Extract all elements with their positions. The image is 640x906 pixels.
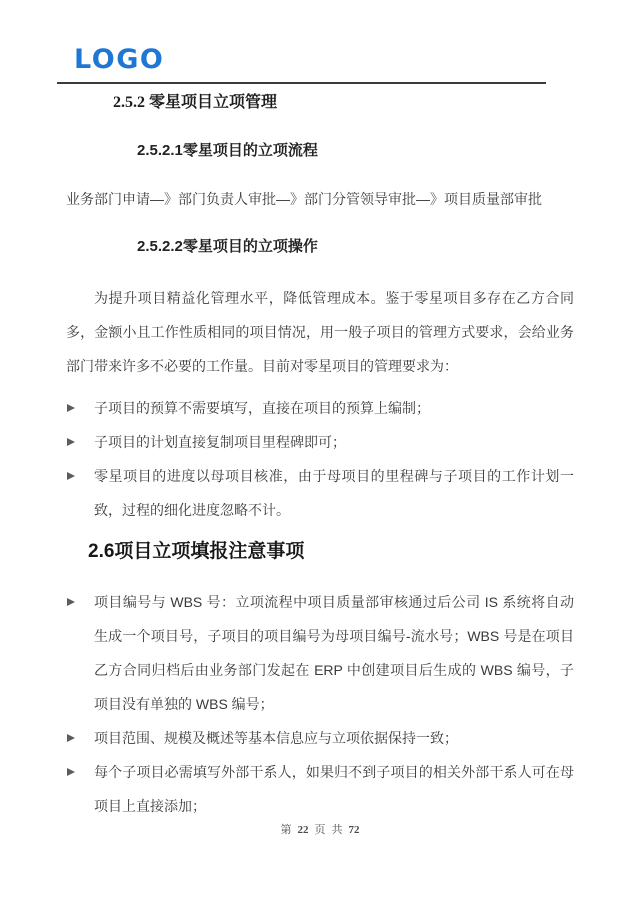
footer-current-page: 22 — [298, 824, 309, 836]
list-item-text: 零星项目的进度以母项目核准，由于母项目的里程碑与子项目的工作计划一致，过程的细化… — [94, 459, 574, 527]
list-item: 子项目的计划直接复制项目里程碑即可； — [66, 425, 574, 459]
list-item: 项目编号与 WBS 号：立项流程中项目质量部审核通过后公司 IS 系统将自动生成… — [66, 585, 574, 721]
list-item: 每个子项目必需填写外部干系人，如果归不到子项目的相关外部干系人可在母项目上直接添… — [66, 755, 574, 823]
body-paragraph: 为提升项目精益化管理水平，降低管理成本。鉴于零星项目多存在乙方合同多，金额小且工… — [66, 281, 574, 383]
arrow-bullet-icon — [66, 755, 94, 789]
approval-flow-text: 业务部门申请—》部门负责人审批—》部门分管领导审批—》项目质量部审批 — [66, 188, 574, 210]
footer-prefix: 第 — [281, 824, 292, 836]
page-number-footer: 第22页共72 — [0, 822, 640, 838]
company-logo: LOGO — [74, 46, 164, 73]
arrow-bullet-icon — [66, 721, 94, 755]
list-item-text: 项目范围、规模及概述等基本信息应与立项依据保持一致； — [94, 721, 574, 755]
list-item-text: 子项目的预算不需要填写，直接在项目的预算上编制； — [94, 391, 574, 425]
footer-page-word: 页 — [315, 824, 326, 836]
section-heading-252: 2.5.2 零星项目立项管理 — [113, 92, 574, 114]
list-item-text: 每个子项目必需填写外部干系人，如果归不到子项目的相关外部干系人可在母项目上直接添… — [94, 755, 574, 823]
list-item-text: 项目编号与 WBS 号：立项流程中项目质量部审核通过后公司 IS 系统将自动生成… — [94, 585, 574, 721]
list-item: 零星项目的进度以母项目核准，由于母项目的里程碑与子项目的工作计划一致，过程的细化… — [66, 459, 574, 527]
arrow-bullet-icon — [66, 425, 94, 459]
list-item: 子项目的预算不需要填写，直接在项目的预算上编制； — [66, 391, 574, 425]
document-body: 2.5.2 零星项目立项管理 2.5.2.1零星项目的立项流程 业务部门申请—》… — [66, 88, 574, 823]
subsection-heading-2522: 2.5.2.2零星项目的立项操作 — [137, 236, 574, 257]
footer-total-pages: 72 — [349, 824, 360, 836]
arrow-bullet-icon — [66, 459, 94, 493]
arrow-bullet-icon — [66, 391, 94, 425]
section-heading-26: 2.6项目立项填报注意事项 — [88, 539, 574, 565]
bullet-list-26: 项目编号与 WBS 号：立项流程中项目质量部审核通过后公司 IS 系统将自动生成… — [66, 585, 574, 823]
document-page: LOGO 2.5.2 零星项目立项管理 2.5.2.1零星项目的立项流程 业务部… — [0, 0, 640, 906]
header-divider — [57, 82, 546, 84]
bullet-list-252: 子项目的预算不需要填写，直接在项目的预算上编制； 子项目的计划直接复制项目里程碑… — [66, 391, 574, 527]
subsection-heading-2521: 2.5.2.1零星项目的立项流程 — [137, 140, 574, 161]
footer-of-word: 共 — [332, 824, 343, 836]
arrow-bullet-icon — [66, 585, 94, 619]
list-item: 项目范围、规模及概述等基本信息应与立项依据保持一致； — [66, 721, 574, 755]
list-item-text: 子项目的计划直接复制项目里程碑即可； — [94, 425, 574, 459]
